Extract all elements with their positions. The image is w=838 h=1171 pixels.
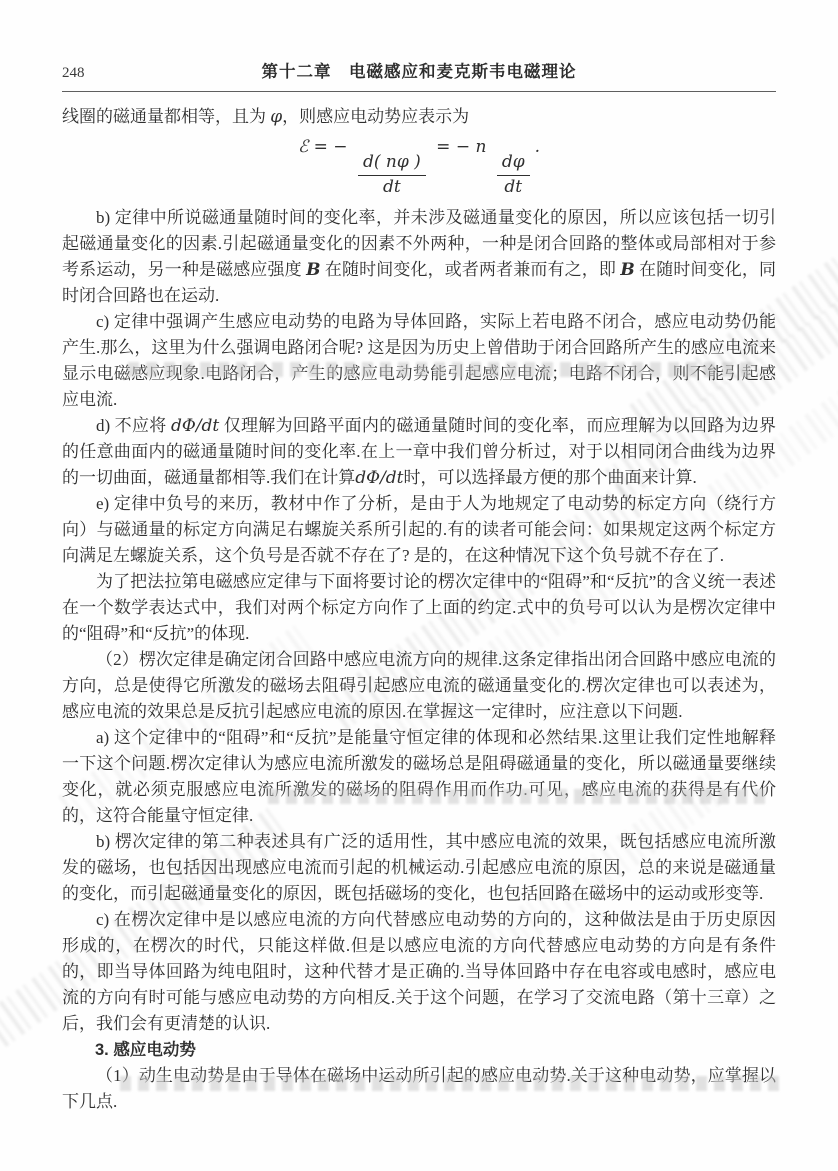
paragraph: b) 定律中所说磁通量随时间的变化率，并未涉及磁通量变化的原因，所以应该包括一切… bbox=[62, 205, 776, 309]
paragraph: 为了把法拉第电磁感应定律与下面将要讨论的楞次定律中的“阻碍”和“反抗”的含义统一… bbox=[62, 569, 776, 647]
paragraph: d) 不应将 dΦ/dt 仅理解为回路平面内的磁通量随时间的变化率，而应理解为以… bbox=[62, 413, 776, 491]
chapter-title: 第十二章 电磁感应和麦克斯韦电磁理论 bbox=[132, 58, 706, 82]
paragraph: （1）动生电动势是由于导体在磁场中运动所引起的感应电动势.关于这种电动势，应掌握… bbox=[62, 1063, 776, 1115]
paragraph: e) 定律中负号的来历，教材中作了分析，是由于人为地规定了电动势的标定方向（绕行… bbox=[62, 491, 776, 569]
fraction: dφdt bbox=[497, 153, 530, 197]
page-header: 248 第十二章 电磁感应和麦克斯韦电磁理论 bbox=[62, 58, 776, 92]
paragraph: （2）楞次定律是确定闭合回路中感应电流方向的规律.这条定律指出闭合回路中感应电流… bbox=[62, 647, 776, 725]
paragraph: c) 在楞次定律中是以感应电流的方向代替感应电动势的方向的，这种做法是由于历史原… bbox=[62, 907, 776, 1037]
emf-formula: ℰ = − d( nφ )dt = − n dφdt. bbox=[62, 130, 776, 205]
paragraph: 线圈的磁通量都相等，且为 φ，则感应电动势应表示为 bbox=[62, 104, 776, 130]
scanned-book-page: 248 第十二章 电磁感应和麦克斯韦电磁理论 线圈的磁通量都相等，且为 φ，则感… bbox=[0, 0, 838, 1171]
page-number: 248 bbox=[62, 65, 132, 82]
section-heading: 3. 感应电动势 bbox=[62, 1037, 776, 1063]
fraction: d( nφ )dt bbox=[358, 153, 426, 197]
paragraph: b) 楞次定律的第二种表述具有广泛的适用性，其中感应电流的效果，既包括感应电流所… bbox=[62, 829, 776, 907]
paragraph: a) 这个定律中的“阻碍”和“反抗”是能量守恒定律的体现和必然结果.这里让我们定… bbox=[62, 725, 776, 829]
body-text: 线圈的磁通量都相等，且为 φ，则感应电动势应表示为ℰ = − d( nφ )dt… bbox=[62, 104, 776, 1115]
paragraph: c) 定律中强调产生感应电动势的电路为导体回路，实际上若电路不闭合，感应电动势仍… bbox=[62, 309, 776, 413]
